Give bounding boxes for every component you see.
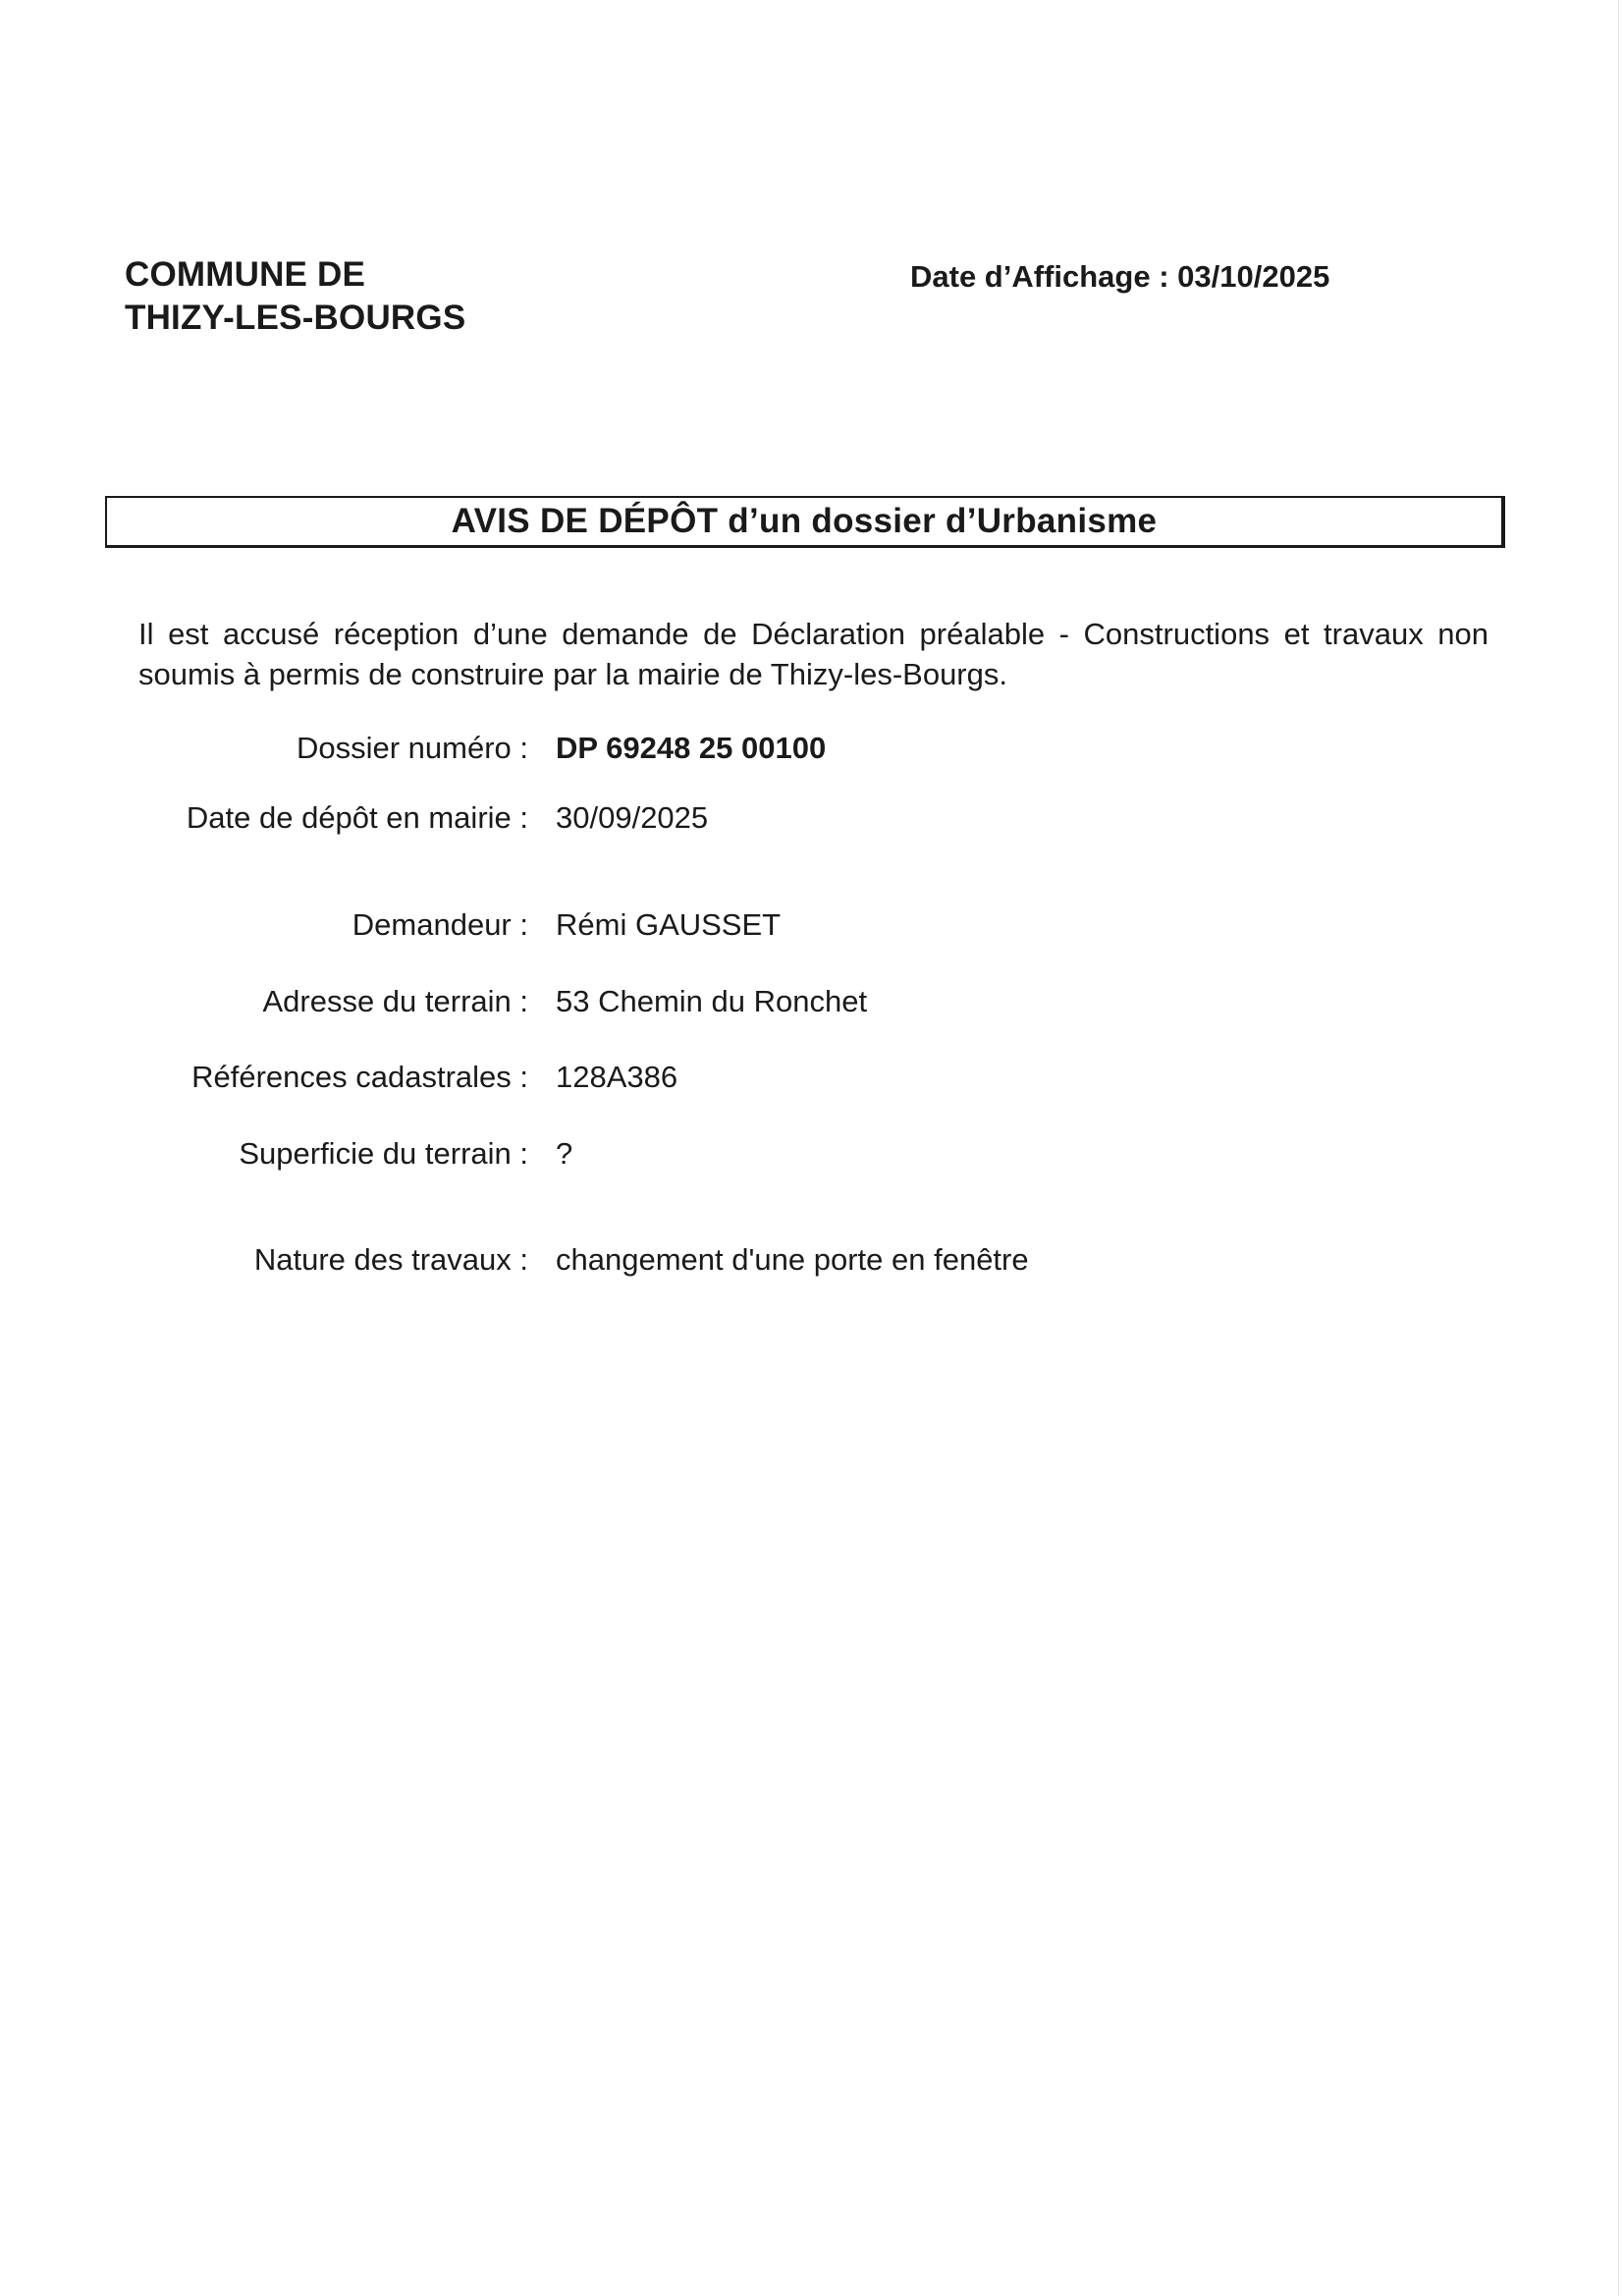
field-value: ?	[556, 1134, 572, 1174]
field-nature-travaux: Nature des travaux : changement d'une po…	[0, 1240, 1623, 1280]
intro-paragraph: Il est accusé réception d’une demande de…	[138, 614, 1488, 694]
field-value: changement d'une porte en fenêtre	[556, 1240, 1029, 1280]
field-demandeur: Demandeur : Rémi GAUSSET	[0, 905, 1623, 945]
field-label: Date de dépôt en mairie :	[187, 798, 528, 838]
date-affichage-label: Date d’Affichage :	[910, 259, 1169, 294]
commune-name: COMMUNE DE THIZY-LES-BOURGS	[125, 253, 465, 340]
field-label: Demandeur :	[352, 905, 528, 945]
field-value: 128A386	[556, 1058, 677, 1097]
field-label: Dossier numéro :	[297, 729, 528, 768]
field-dossier-numero: Dossier numéro : DP 69248 25 00100	[0, 729, 1623, 768]
field-value: 30/09/2025	[556, 798, 708, 838]
field-label: Adresse du terrain :	[262, 982, 528, 1021]
date-affichage-value: 03/10/2025	[1177, 259, 1329, 294]
commune-line-2: THIZY-LES-BOURGS	[125, 297, 465, 340]
field-superficie-terrain: Superficie du terrain : ?	[0, 1134, 1623, 1174]
document-title: AVIS DE DÉPÔT d’un dossier d’Urbanisme	[452, 502, 1158, 541]
field-value: DP 69248 25 00100	[556, 729, 826, 768]
field-label: Références cadastrales :	[191, 1058, 528, 1097]
field-adresse-terrain: Adresse du terrain : 53 Chemin du Ronche…	[0, 982, 1623, 1021]
field-value: 53 Chemin du Ronchet	[556, 982, 867, 1021]
field-references-cadastrales: Références cadastrales : 128A386	[0, 1058, 1623, 1097]
commune-line-1: COMMUNE DE	[125, 253, 465, 297]
field-label: Nature des travaux :	[254, 1240, 528, 1280]
field-label: Superficie du terrain :	[239, 1134, 528, 1174]
date-affichage: Date d’Affichage : 03/10/2025	[910, 257, 1329, 297]
field-value: Rémi GAUSSET	[556, 905, 781, 945]
title-box: AVIS DE DÉPÔT d’un dossier d’Urbanisme	[105, 496, 1505, 548]
field-date-depot: Date de dépôt en mairie : 30/09/2025	[0, 798, 1623, 838]
